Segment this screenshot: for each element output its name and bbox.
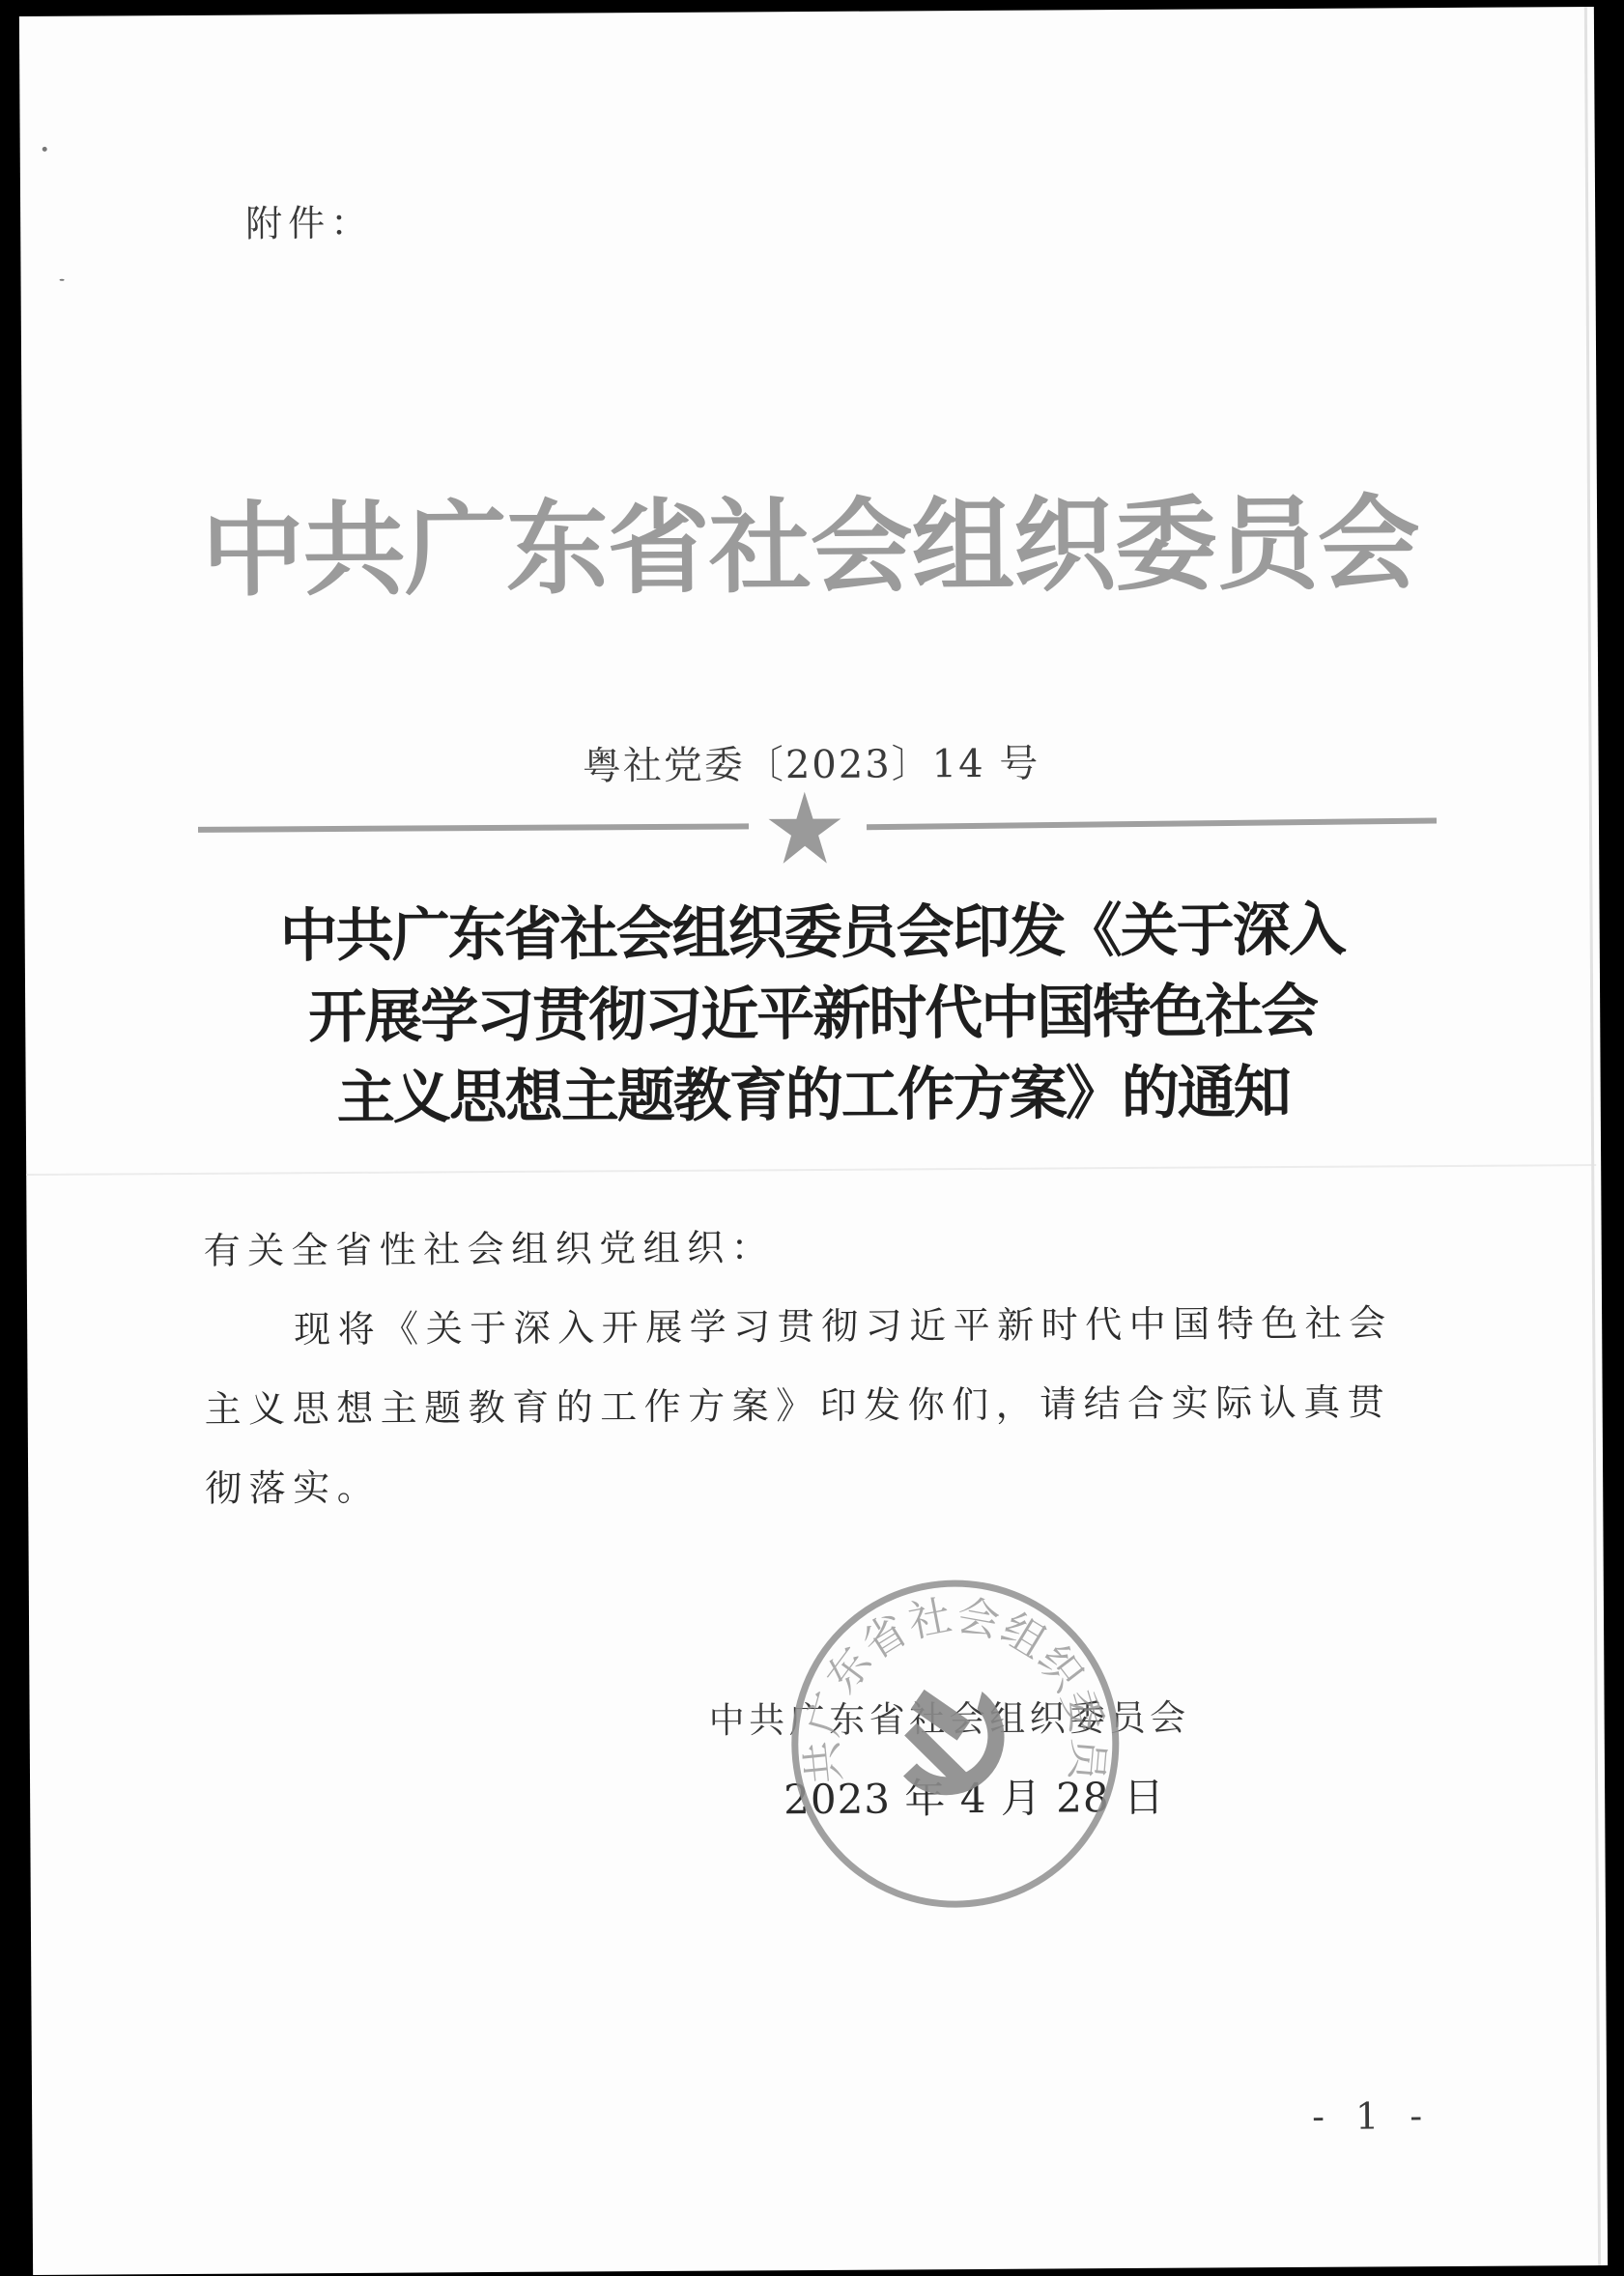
seal-text: 中共广东省社会组织委员会 xyxy=(788,1577,1114,1788)
document-page: 附件： 中共广东省社会组织委员会 粤社党委〔2023〕14 号 中共广东省社会组… xyxy=(19,7,1608,2275)
body-paragraph-line: 现将《关于深入开展学习贯彻习近平新时代中国特色社会 xyxy=(294,1293,1393,1352)
official-seal-icon: 中共广东省社会组织委员会 xyxy=(788,1577,1123,1911)
document-title-line: 中共广东省社会组织委员会印发《关于深入 xyxy=(24,888,1599,979)
scan-speck xyxy=(43,147,47,152)
salutation: 有关全省性社会组织党组织： xyxy=(203,1217,775,1274)
separator-rule-right xyxy=(867,818,1437,831)
svg-text:中共广东省社会组织委员会: 中共广东省社会组织委员会 xyxy=(788,1577,1114,1788)
letterhead-title: 中共广东省社会组织委员会 xyxy=(189,462,1432,616)
star-icon xyxy=(766,790,843,866)
separator-rule-left xyxy=(198,823,749,832)
document-title-line: 主义思想主题教育的工作方案》的通知 xyxy=(25,1050,1600,1141)
document-title-line: 开展学习贯彻习近平新时代中国特色社会 xyxy=(25,969,1600,1060)
document-number: 粤社党委〔2023〕14 号 xyxy=(23,729,1598,794)
attachment-label: 附件： xyxy=(245,193,373,247)
hammer-sickle-icon xyxy=(902,1689,1004,1795)
scan-speck xyxy=(60,279,65,281)
body-paragraph-line: 彻落实。 xyxy=(205,1458,381,1512)
fold-line xyxy=(1584,7,1601,2265)
body-paragraph-line: 主义思想主题教育的工作方案》印发你们，请结合实际认真贯 xyxy=(204,1372,1391,1433)
page-number: - 1 - xyxy=(1312,2094,1432,2138)
fold-line xyxy=(26,1164,1596,1176)
